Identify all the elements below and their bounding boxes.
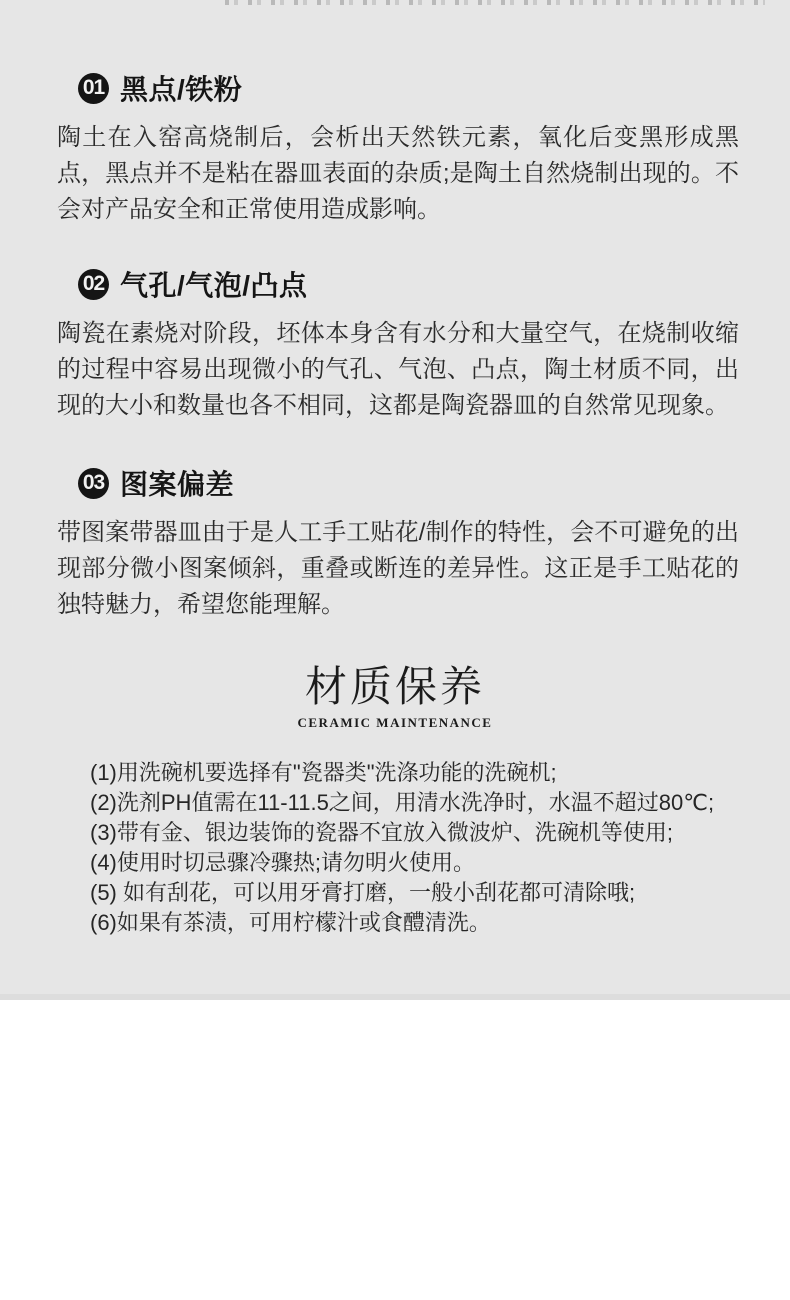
section-body: 陶土在入窑高烧制后，会析出天然铁元素，氧化后变黑形成黑点，黑点并不是粘在器皿表面… [57, 120, 739, 228]
section-title: 气孔/气泡/凸点 [120, 264, 308, 304]
maintenance-title: 材质保养 [0, 663, 790, 713]
section-title: 黑点/铁粉 [120, 68, 242, 108]
care-instruction: (3)带有金、银边装饰的瓷器不宜放入微波炉、洗碗机等使用; [90, 818, 790, 848]
bottom-blank-area [0, 1000, 790, 1300]
care-instructions-list: (1)用洗碗机要选择有"瓷器类"洗涤功能的洗碗机; (2)洗剂PH值需在11-1… [0, 758, 790, 938]
section-number-badge: 01 [78, 73, 109, 104]
section-title: 图案偏差 [120, 463, 234, 503]
care-instruction: (4)使用时切忌骤冷骤热;请勿明火使用。 [90, 848, 790, 878]
section-header: 01 黑点/铁粉 [78, 72, 740, 104]
section-body: 带图案带器皿由于是人工手工贴花/制作的特性，会不可避免的出现部分微小图案倾斜，重… [57, 515, 739, 623]
maintenance-header: 材质保养 CERAMIC MAINTENANCE [0, 663, 790, 731]
care-instruction: (6)如果有茶渍，可用柠檬汁或食醴清洗。 [90, 908, 790, 938]
note-section-pattern-deviation: 03 图案偏差 带图案带器皿由于是人工手工贴花/制作的特性，会不可避免的出现部分… [0, 467, 790, 623]
ceramic-notes-section: 01 黑点/铁粉 陶土在入窑高烧制后，会析出天然铁元素，氧化后变黑形成黑点，黑点… [0, 0, 790, 1000]
section-number-badge: 03 [78, 468, 109, 499]
maintenance-subtitle: CERAMIC MAINTENANCE [0, 715, 790, 731]
care-instruction: (2)洗剂PH值需在11-11.5之间，用清水洗净时，水温不超过80℃; [90, 788, 790, 818]
note-section-air-holes: 02 气孔/气泡/凸点 陶瓷在素烧对阶段，坯体本身含有水分和大量空气，在烧制收缩… [0, 268, 790, 424]
product-detail-page: 01 黑点/铁粉 陶土在入窑高烧制后，会析出天然铁元素，氧化后变黑形成黑点，黑点… [0, 0, 790, 1300]
section-header: 03 图案偏差 [78, 467, 740, 499]
section-number-badge: 02 [78, 269, 109, 300]
care-instruction: (1)用洗碗机要选择有"瓷器类"洗涤功能的洗碗机; [90, 758, 790, 788]
section-body: 陶瓷在素烧对阶段，坯体本身含有水分和大量空气，在烧制收缩的过程中容易出现微小的气… [57, 316, 739, 424]
clipped-text-remnant [225, 0, 765, 5]
section-header: 02 气孔/气泡/凸点 [78, 268, 740, 300]
care-instruction: (5) 如有刮花，可以用牙膏打磨，一般小刮花都可清除哦; [90, 878, 790, 908]
note-section-black-dots: 01 黑点/铁粉 陶土在入窑高烧制后，会析出天然铁元素，氧化后变黑形成黑点，黑点… [0, 72, 790, 228]
